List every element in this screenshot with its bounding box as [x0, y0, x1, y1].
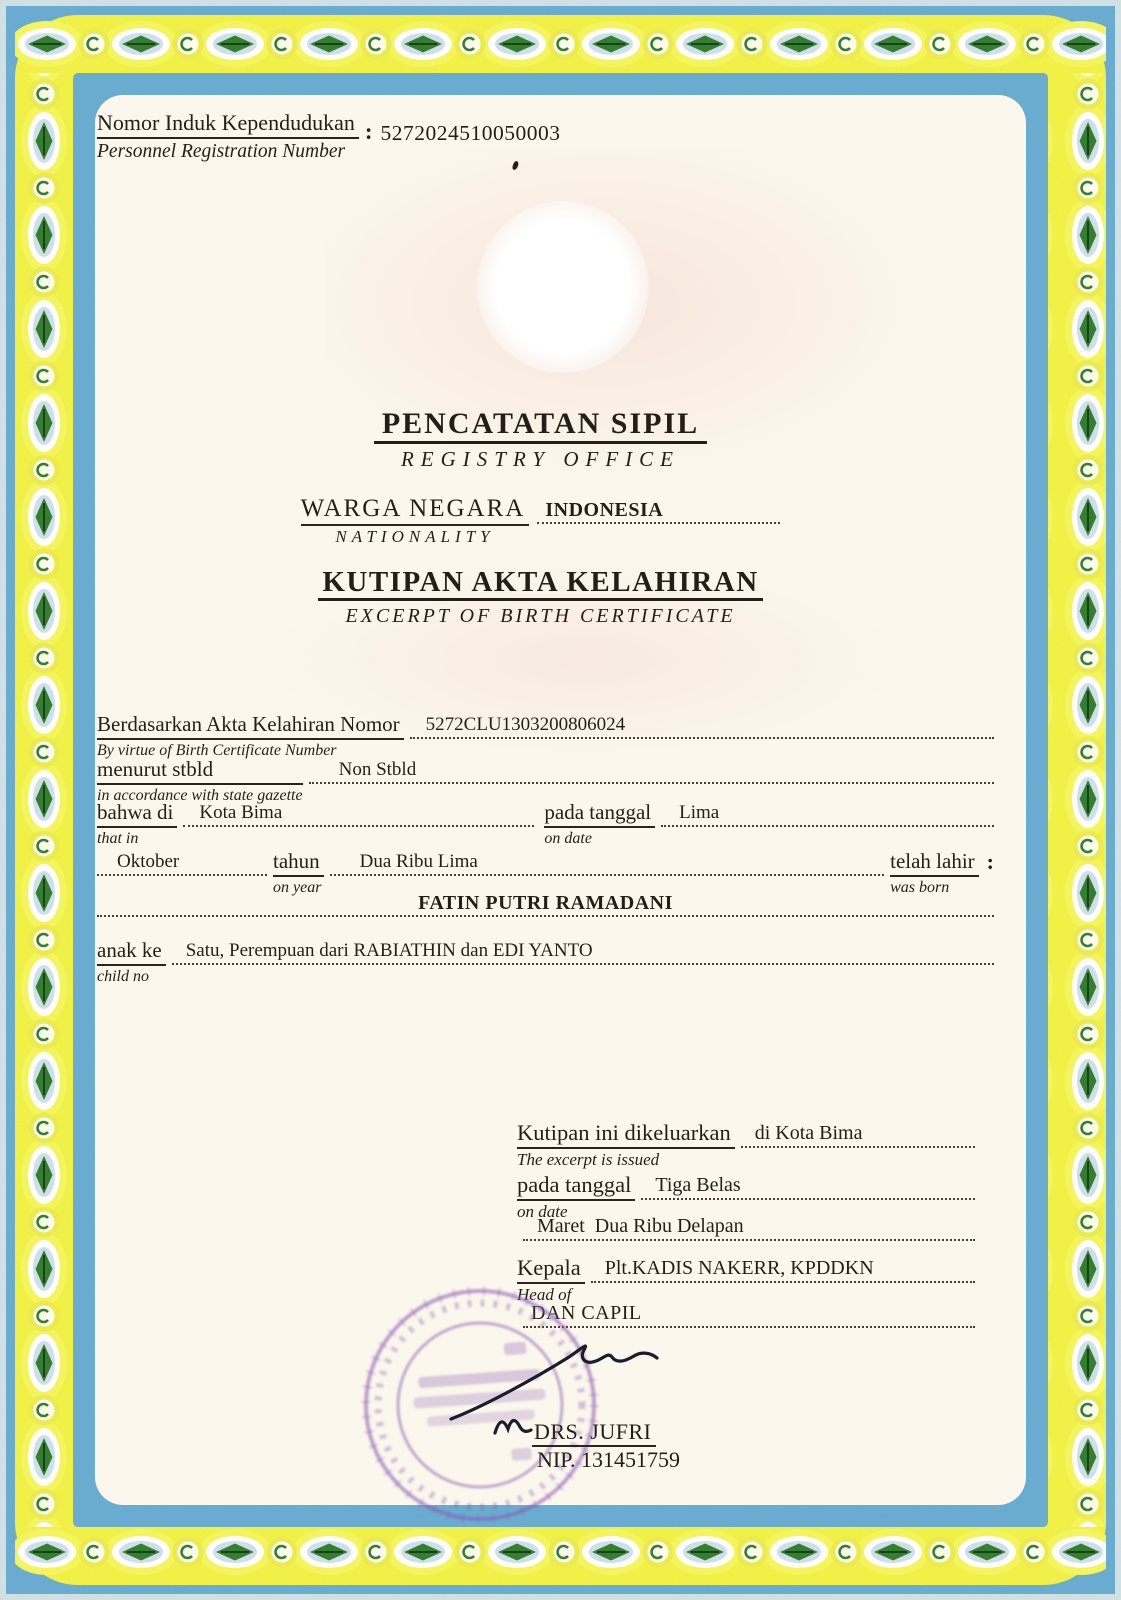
round-watermark	[477, 201, 649, 373]
issued-on-label-id: pada tanggal	[517, 1172, 635, 1201]
certificate-fields: Berdasarkan Akta Kelahiran Nomor By virt…	[97, 712, 994, 986]
issued-at-label-en: The excerpt is issued	[517, 1149, 735, 1170]
field-certificate-number: Berdasarkan Akta Kelahiran Nomor By virt…	[97, 712, 994, 757]
nik-label-en: Personnel Registration Number	[97, 139, 359, 163]
born-colon: :	[987, 849, 994, 874]
head-label-id: Kepala	[517, 1255, 585, 1284]
field-child-number: anak ke child no Satu, Perempuan dari RA…	[97, 938, 994, 986]
issued-month-year-row: Maret Dua Ribu Delapan	[517, 1213, 975, 1255]
issued-month-year-value: Maret Dua Ribu Delapan	[523, 1213, 975, 1241]
child-no-label-id: anak ke	[97, 938, 166, 966]
nik-value: 5272024510050003	[381, 121, 561, 146]
birth-date-value: Lima	[661, 800, 994, 827]
registration-number-block: Nomor Induk Kependudukan Personnel Regis…	[97, 109, 561, 163]
nationality-label-en: NATIONALITY	[301, 526, 530, 546]
gazette-value: Non Stbld	[309, 757, 994, 784]
birth-date-label-id: pada tanggal	[544, 800, 655, 828]
issued-at-row: Kutipan ini dikeluarkan The excerpt is i…	[517, 1120, 975, 1172]
nationality-label-id: WARGA NEGARA	[301, 495, 530, 526]
title-kutipan-akta: KUTIPAN AKTA KELAHIRAN	[318, 567, 762, 601]
birth-certificate-page: Nomor Induk Kependudukan Personnel Regis…	[0, 0, 1121, 1600]
title-registry-office: REGISTRY OFFICE	[95, 447, 986, 472]
issued-on-value: Tiga Belas	[641, 1172, 975, 1200]
signatory-name: DRS. JUFRI	[532, 1419, 656, 1447]
birth-year-label-id: tahun	[273, 849, 324, 877]
nationality-value: INDONESIA	[537, 495, 780, 524]
issued-at-value: di Kota Bima	[741, 1120, 975, 1148]
birth-place-label-id: bahwa di	[97, 800, 177, 828]
cert-no-value: 5272CLU1303200806024	[410, 712, 994, 739]
birth-place-value: Kota Bima	[183, 800, 534, 827]
field-child-name: FATIN PUTRI RAMADANI	[97, 890, 994, 938]
child-no-value: Satu, Perempuan dari RABIATHIN dan EDI Y…	[172, 938, 994, 965]
gazette-label-id: menurut stbld	[97, 757, 303, 785]
certificate-content: Nomor Induk Kependudukan Personnel Regis…	[95, 95, 1026, 1505]
signatory-nip: NIP. 131451759	[537, 1447, 680, 1473]
child-no-label-en: child no	[97, 966, 166, 986]
birth-place-label-en: that in	[97, 828, 177, 848]
birth-year-value: Dua Ribu Lima	[330, 849, 884, 876]
child-name-value: FATIN PUTRI RAMADANI	[97, 890, 994, 917]
nik-label-id: Nomor Induk Kependudukan	[97, 109, 359, 139]
head-value: Plt.KADIS NAKERR, KPDDKN	[591, 1255, 975, 1283]
title-excerpt: EXCERPT OF BIRTH CERTIFICATE	[95, 605, 986, 628]
nationality-row: WARGA NEGARA NATIONALITY INDONESIA	[95, 495, 986, 546]
field-gazette: menurut stbld in accordance with state g…	[97, 757, 994, 800]
field-birth-month-year: Oktober tahun on year Dua Ribu Lima tela…	[97, 849, 994, 890]
birth-date-label-en: on date	[544, 828, 655, 848]
issued-at-label-id: Kutipan ini dikeluarkan	[517, 1120, 735, 1149]
title-pencatatan-sipil: PENCATATAN SIPIL	[374, 408, 707, 444]
born-label-id: telah lahir	[890, 849, 979, 877]
nik-colon: :	[365, 119, 373, 145]
title-block: PENCATATAN SIPIL REGISTRY OFFICE WARGA N…	[95, 408, 986, 628]
birth-month-value: Oktober	[97, 849, 267, 876]
cert-no-label-id: Berdasarkan Akta Kelahiran Nomor	[97, 712, 404, 740]
issued-on-row: pada tanggal on date Tiga Belas	[517, 1172, 975, 1213]
field-birth-place-date: bahwa di that in Kota Bima pada tanggal …	[97, 800, 994, 849]
